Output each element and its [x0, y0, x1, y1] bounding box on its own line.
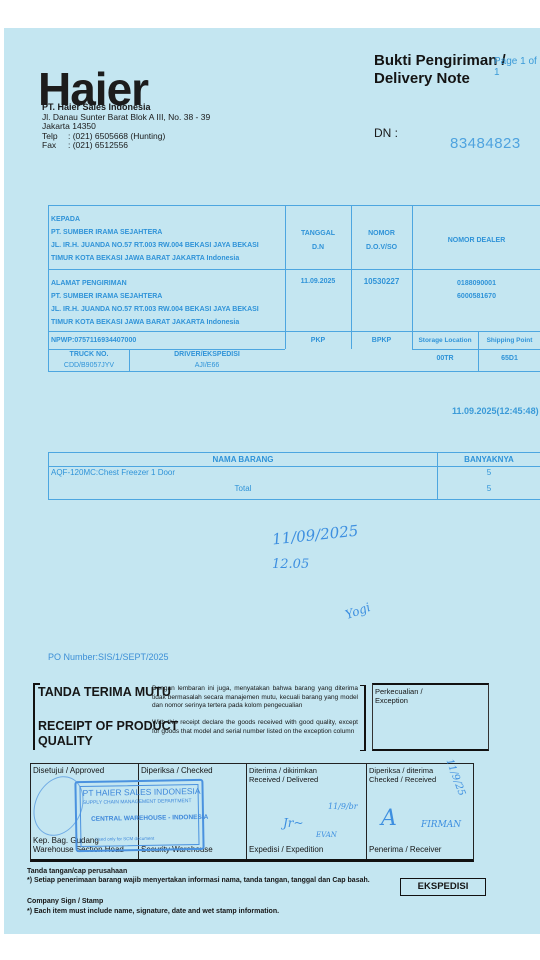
sig-received-name: FIRMAN — [421, 820, 461, 830]
receipt-text-id: Dengan lembaran ini juga, menyatakan bah… — [152, 685, 358, 711]
sig-received-role: Penerima / Receiver — [369, 845, 441, 854]
note-en: *) Each item must include name, signatur… — [27, 908, 279, 915]
company-address-2: Jakarta 14350 — [42, 121, 96, 131]
document-title: Bukti Pengiriman / Delivery Note — [374, 52, 506, 88]
sig-received-date: 11/9/25 — [444, 758, 468, 798]
truck-number: CDD/B9057JYV — [49, 358, 129, 373]
storage-location-value: 00TR — [412, 351, 478, 366]
col-nama-barang: NAMA BARANG — [49, 455, 437, 464]
nomor-label-2: D.O.V/SO — [351, 240, 412, 255]
exception-label: Perkecualian / Exception — [373, 685, 457, 707]
customer-info-table: KEPADA PT. SUMBER IRAMA SEJAHTERA JL. IR… — [48, 205, 540, 372]
receipt-bracket-right — [360, 685, 366, 751]
printed-timestamp: 11.09.2025(12:45:48) — [452, 406, 539, 416]
dn-label: DN : — [374, 126, 398, 140]
pkp-label: PKP — [285, 333, 351, 348]
receipt-text-en: With this receipt declare the goods rece… — [152, 719, 358, 736]
fax-value: : (021) 6512556 — [68, 141, 128, 151]
fax-label: Fax — [42, 141, 68, 151]
company-block: PT. Haier Sales Indonesia Jl. Danau Sunt… — [42, 103, 210, 151]
sign-label-id: Tanda tangan/cap perusahaan — [27, 868, 127, 875]
alamat-address-2: TIMUR KOTA BEKASI JAWA BARAT JAKARTA Ind… — [51, 315, 239, 330]
company-address-1: Jl. Danau Sunter Barat Blok A III, No. 3… — [42, 112, 210, 122]
receipt-title-id: TANDA TERIMA MUTU — [38, 685, 171, 699]
sig-approved-label: Disetujui / Approved — [33, 766, 104, 775]
storage-location-label: Storage Location — [412, 333, 478, 348]
po-number: PO Number:SIS/1/SEPT/2025 — [48, 652, 169, 662]
sign-label-en: Company Sign / Stamp — [27, 898, 103, 905]
kepada-address-2: TIMUR KOTA BEKASI JAWA BARAT JAKARTA Ind… — [51, 251, 239, 266]
tanggal-label-2: D.N — [285, 240, 351, 255]
nomor-value: 10530227 — [351, 274, 412, 289]
sig-received-scribble: A — [381, 806, 397, 831]
bpkp-label: BPKP — [351, 333, 412, 348]
company-stamp: PT HAIER SALES INDONESIA SUPPLY CHAIN MA… — [74, 779, 204, 852]
nomor-label: NOMOR — [351, 226, 412, 241]
dn-number: 83484823 — [450, 135, 521, 152]
shipping-point-value: 65D1 — [478, 351, 540, 366]
total-value: 5 — [437, 484, 540, 493]
sig-received-label: Diperiksa / diterima Checked / Received — [369, 766, 436, 784]
item-name: AQF-120MC:Chest Freezer 1 Door — [51, 468, 175, 477]
item-qty: 5 — [437, 468, 540, 477]
sig-delivered-scribble: Jr~ — [283, 816, 304, 830]
total-label: Total — [49, 484, 437, 493]
sig-delivered-date: 11/9/br — [328, 802, 358, 811]
handwritten-time: 12.05 — [272, 557, 309, 572]
sig-checked-label: Diperiksa / Checked — [141, 766, 213, 775]
sig-delivered-role: Expedisi / Expedition — [249, 845, 323, 854]
copy-label-ekspedisi: EKSPEDISI — [400, 878, 486, 896]
page-number: Page 1 of 1 — [494, 56, 540, 78]
note-id: *) Setiap penerimaan barang wajib menyer… — [27, 877, 370, 884]
npwp: NPWP:0757116934407000 — [51, 333, 136, 348]
dealer-label: NOMOR DEALER — [412, 233, 540, 248]
exception-box: Perkecualian / Exception — [372, 683, 489, 751]
shipping-point-label: Shipping Point — [478, 333, 540, 348]
tanggal-value: 11.09.2025 — [285, 274, 351, 289]
items-table: NAMA BARANG BANYAKNYA AQF-120MC:Chest Fr… — [48, 452, 540, 500]
company-name: PT. Haier Sales Indonesia — [42, 102, 151, 112]
tanggal-label: TANGGAL — [285, 226, 351, 241]
driver-value: AJI/E66 — [129, 358, 285, 373]
sig-delivered-name: EVAN — [316, 831, 337, 839]
dealer-value-2: 6000581670 — [412, 289, 540, 304]
col-banyaknya: BANYAKNYA — [437, 455, 540, 464]
sig-delivered-label: Diterima / dikirimkan Received / Deliver… — [249, 766, 318, 784]
